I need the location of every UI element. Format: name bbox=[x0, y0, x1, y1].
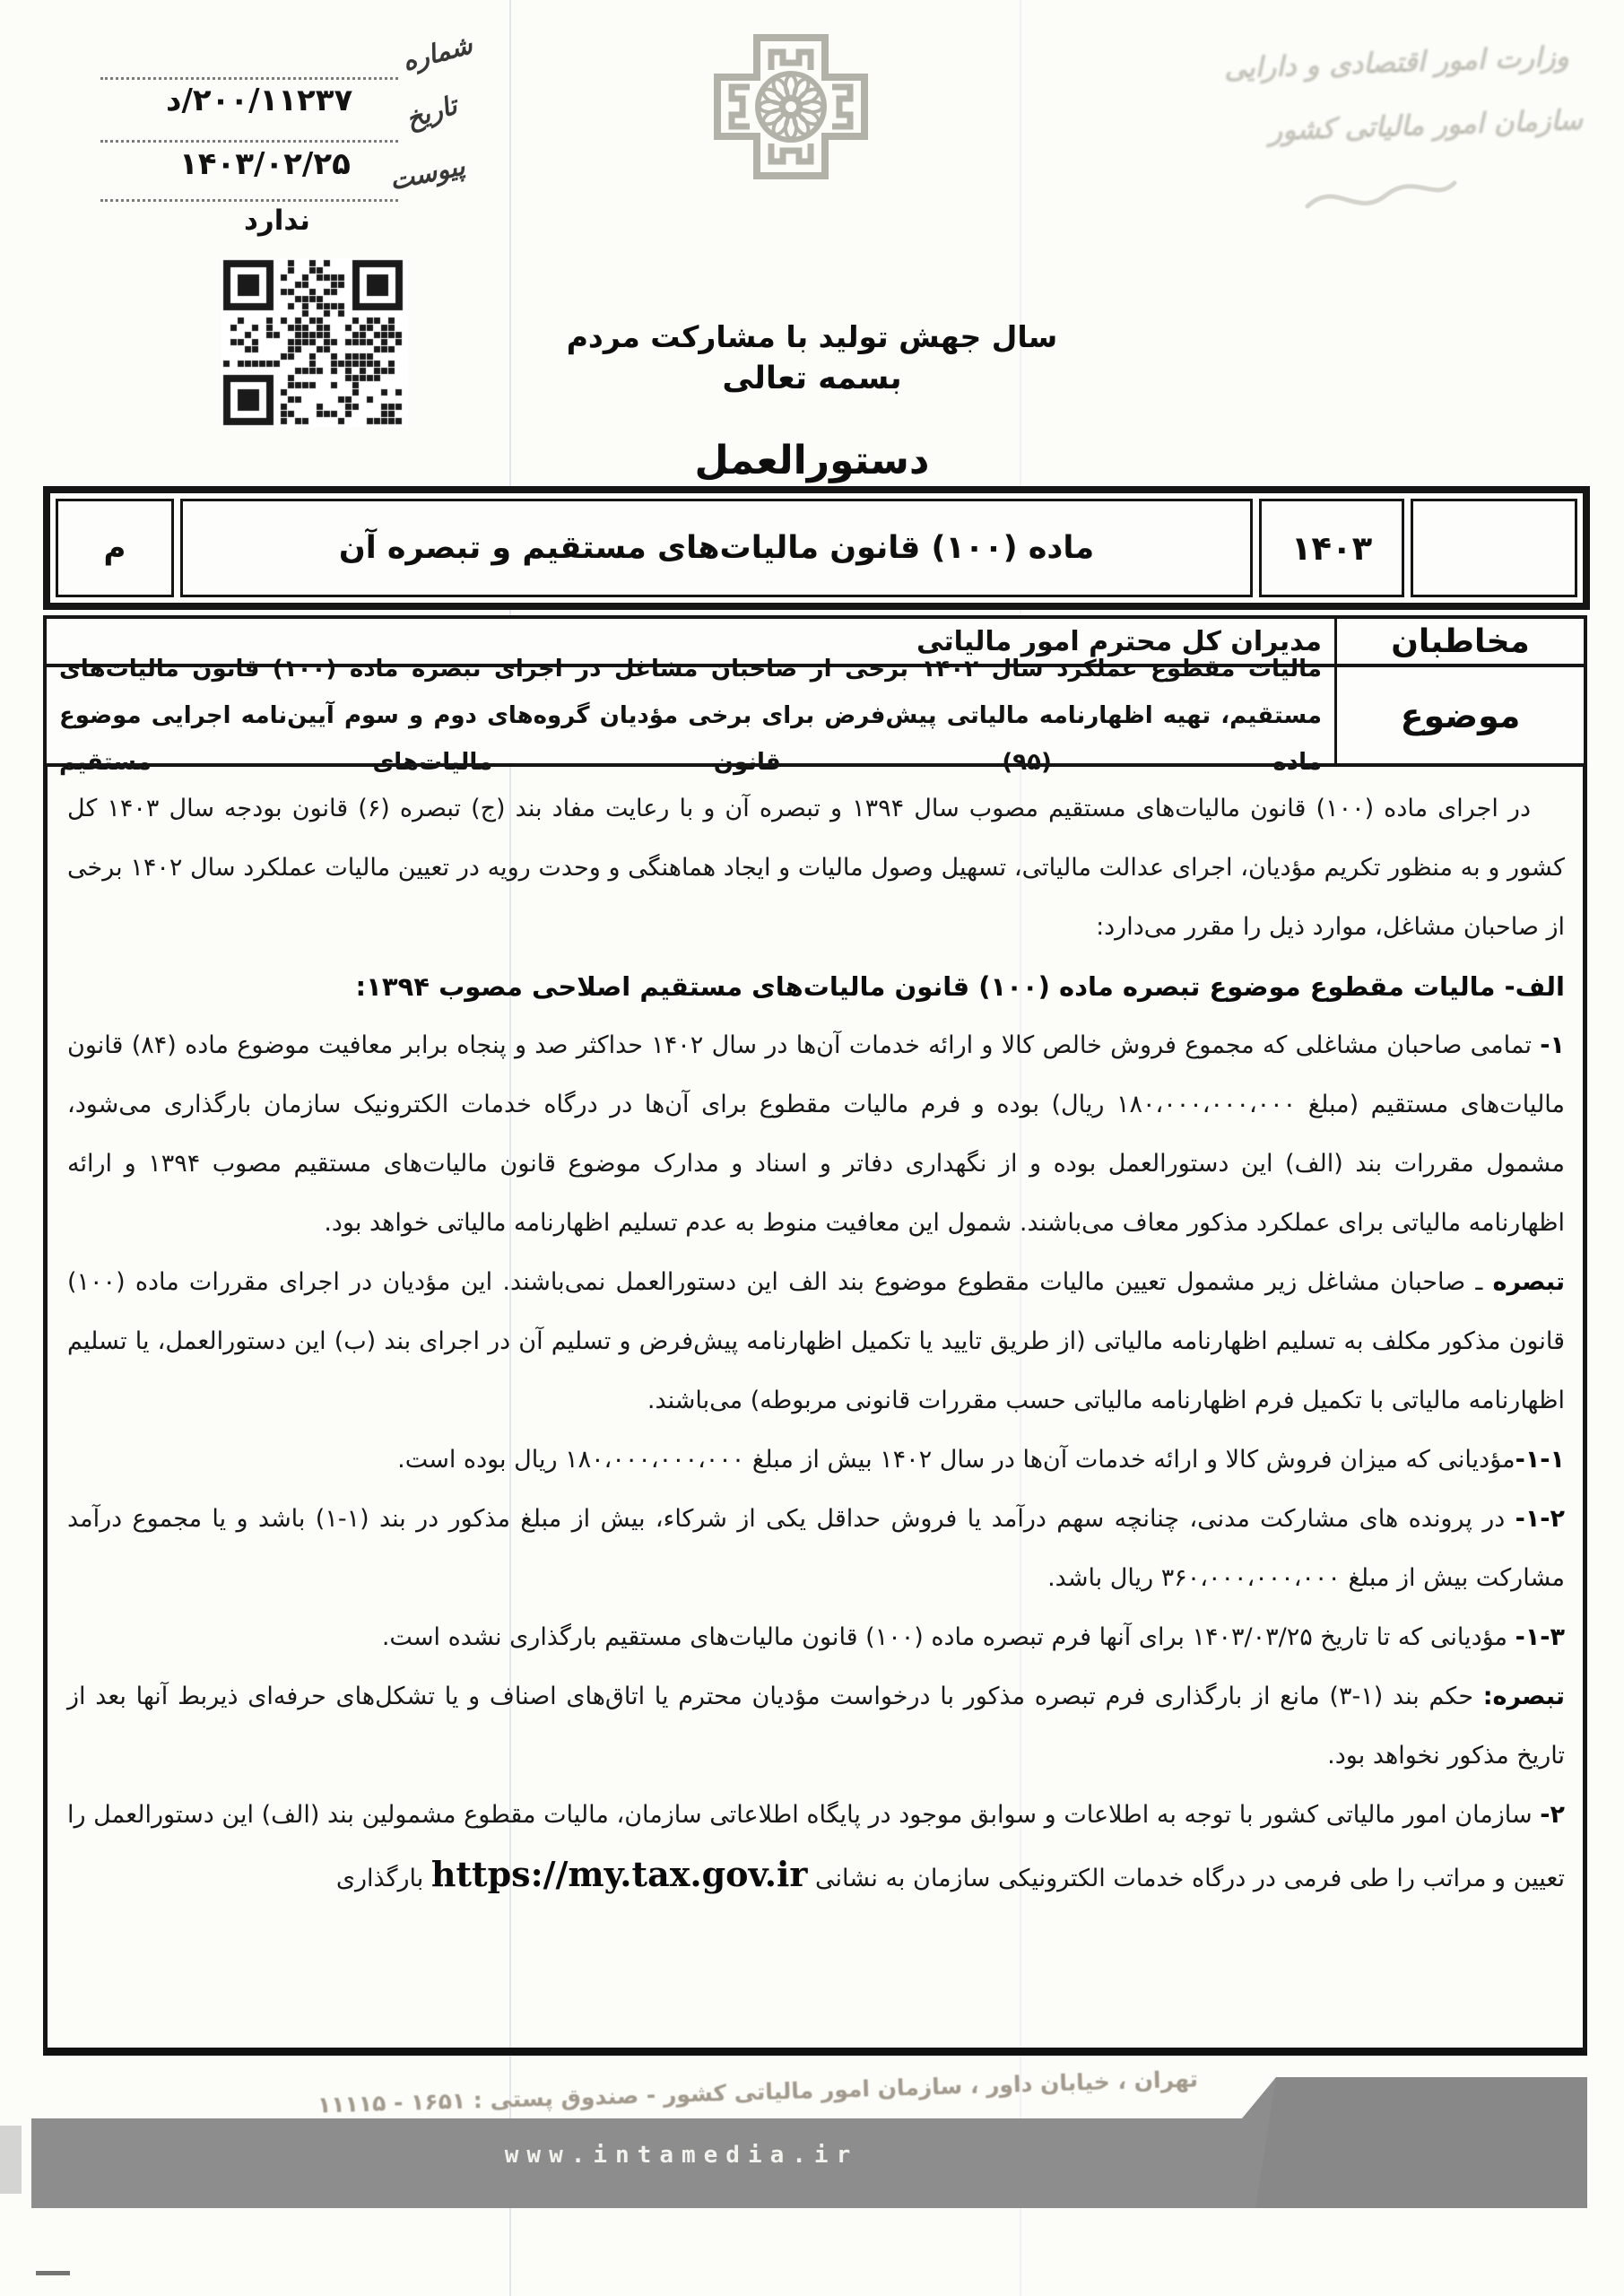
portal-url-text: https://my.tax.gov.ir bbox=[431, 1854, 808, 1894]
year-slogan: سال جهش تولید با مشارکت مردم bbox=[0, 319, 1624, 354]
body-paragraph: ۱- تمامی صاحبان مشاغلی که مجموع فروش خال… bbox=[67, 1016, 1565, 1253]
number-value: ۲۰۰/۱۱۲۳۷/د bbox=[166, 83, 352, 118]
body-paragraph: تبصره ـ صاحبان مشاغل زیر مشمول تعیین مال… bbox=[67, 1253, 1565, 1431]
body-paragraph: ۱-۱-مؤدیانی که میزان فروش کالا و ارائه خ… bbox=[67, 1431, 1565, 1490]
header-table-year: ۱۴۰۳ bbox=[1259, 499, 1404, 597]
attachment-value: ندارد bbox=[244, 204, 310, 237]
body-paragraph: ۱-۳- مؤدیانی که تا تاریخ ۱۴۰۳/۰۳/۲۵ برای… bbox=[67, 1608, 1565, 1667]
number-label: شماره bbox=[399, 29, 475, 76]
body-paragraph: تبصره: حکم بند (۱-۳) مانع از بارگذاری فر… bbox=[67, 1667, 1565, 1786]
dotted-line bbox=[100, 199, 398, 202]
subject-row: موضوع مالیات مقطوع عملکرد سال ۱۴۰۲ برخی … bbox=[43, 664, 1587, 767]
body-paragraph: در اجرای ماده (۱۰۰) قانون مالیات‌های مست… bbox=[67, 779, 1565, 957]
paragraph-lead: ۱- bbox=[1540, 1031, 1565, 1059]
header-table-title: ماده (۱۰۰) قانون مالیات‌های مستقیم و تبص… bbox=[180, 499, 1253, 597]
document-type-title: دستورالعمل bbox=[0, 438, 1624, 483]
footer-banner bbox=[0, 2054, 1624, 2296]
letterhead-flourish bbox=[1300, 172, 1462, 226]
subject-label: موضوع bbox=[1334, 667, 1584, 763]
paragraph-lead: تبصره: bbox=[1483, 1683, 1565, 1710]
paragraph-lead: تبصره bbox=[1493, 1268, 1566, 1296]
header-table: ۱۴۰۳ ماده (۱۰۰) قانون مالیات‌های مستقیم … bbox=[43, 486, 1590, 610]
paragraph-lead: ۲- bbox=[1540, 1801, 1565, 1829]
body-paragraph: ۱-۲- در پرونده های مشارکت مدنی، چنانچه س… bbox=[67, 1490, 1565, 1608]
header-table-empty-cell bbox=[1411, 499, 1577, 597]
paragraph-lead: ۱-۱- bbox=[1515, 1446, 1565, 1474]
scan-edge-artifact bbox=[0, 2126, 22, 2194]
date-label: تاریخ bbox=[402, 90, 460, 135]
section-heading: الف- مالیات مقطوع موضوع تبصره ماده (۱۰۰)… bbox=[67, 957, 1565, 1016]
body-paragraph: ۲- سازمان امور مالیاتی کشور با توجه به ا… bbox=[67, 1786, 1565, 1909]
paragraph-lead: ۱-۲- bbox=[1515, 1505, 1565, 1533]
letterhead-ministry: وزارت امور اقتصادی و دارایی bbox=[1223, 40, 1569, 84]
paragraph-lead: ۱-۳- bbox=[1515, 1623, 1565, 1651]
dotted-line bbox=[100, 140, 398, 143]
attachment-label: پیوست bbox=[386, 151, 467, 196]
scanned-directive-document: { "meta": { "number_label": "شماره", "nu… bbox=[0, 0, 1624, 2296]
header-table-code-letter: م bbox=[56, 499, 174, 597]
tax-organization-logo bbox=[701, 22, 881, 192]
recipients-label: مخاطبان bbox=[1334, 619, 1584, 664]
scan-bottom-mark bbox=[36, 2271, 70, 2275]
date-value: ۱۴۰۳/۰۲/۲۵ bbox=[179, 146, 351, 182]
footer-website-url: www.intamedia.ir bbox=[439, 2142, 924, 2169]
letterhead-organization: سازمان امور مالیاتی کشور bbox=[1268, 104, 1583, 147]
dotted-line bbox=[100, 77, 398, 80]
bismillah: بسمه تعالی bbox=[0, 361, 1624, 396]
body-text-box: در اجرای ماده (۱۰۰) قانون مالیات‌های مست… bbox=[43, 763, 1587, 2056]
